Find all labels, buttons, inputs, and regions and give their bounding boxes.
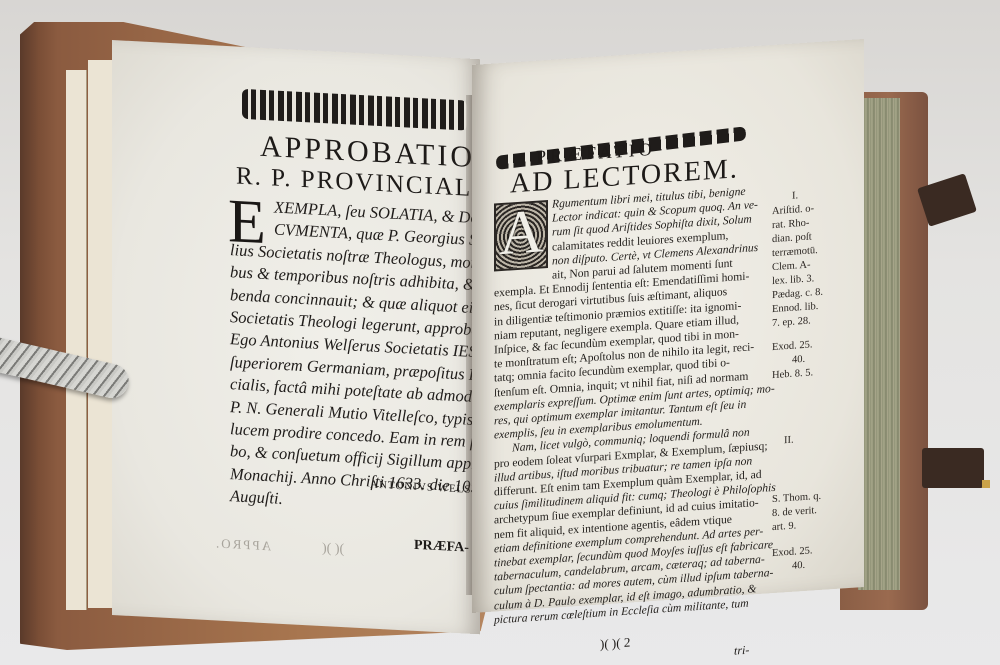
- left-ornament-band: [242, 89, 467, 131]
- margin-note: 7. ep. 28.: [772, 314, 823, 331]
- left-signature-mark: )( )(: [322, 541, 344, 558]
- page-stack-1: [66, 70, 87, 610]
- page-stack-2: [88, 60, 115, 608]
- right-catchword: tri-: [734, 643, 749, 659]
- margin-note: art. 9.: [772, 518, 821, 535]
- right-margin-notes-thom: S. Thom. q. 8. de verit. art. 9.: [772, 490, 821, 535]
- margin-note-roman-ii: II.: [784, 434, 794, 449]
- right-signature-mark: )( )( 2: [600, 634, 630, 652]
- right-margin-notes-exod-heb: Exod. 25. 40. Heb. 8. 5.: [772, 338, 813, 383]
- right-page: PRÆFATIO AD LECTOREM. A Rgumentum libri …: [472, 39, 864, 613]
- right-body-text: Rgumentum libri mei, titulus tibi, benig…: [494, 183, 776, 628]
- left-bleed-through: APPRO.: [214, 535, 271, 554]
- right-margin-notes: I. Ariſtid. o- rat. Rho- dian. poſt terr…: [772, 188, 823, 331]
- lower-clasp-pin: [982, 480, 990, 488]
- margin-note: Heb. 8. 5.: [772, 366, 813, 383]
- left-catchword: PRÆFA-: [414, 538, 469, 557]
- left-page: APPROBATIO R. P. PROVINCIALIS. E XEMPLA,…: [112, 40, 480, 634]
- margin-note: Exod. 25.: [772, 338, 813, 355]
- book-fore-edge: [858, 98, 900, 590]
- margin-note: 40.: [772, 558, 813, 575]
- right-margin-notes-exod2: Exod. 25. 40.: [772, 544, 813, 575]
- margin-note: Exod. 25.: [772, 544, 813, 561]
- lower-clasp: [922, 448, 984, 488]
